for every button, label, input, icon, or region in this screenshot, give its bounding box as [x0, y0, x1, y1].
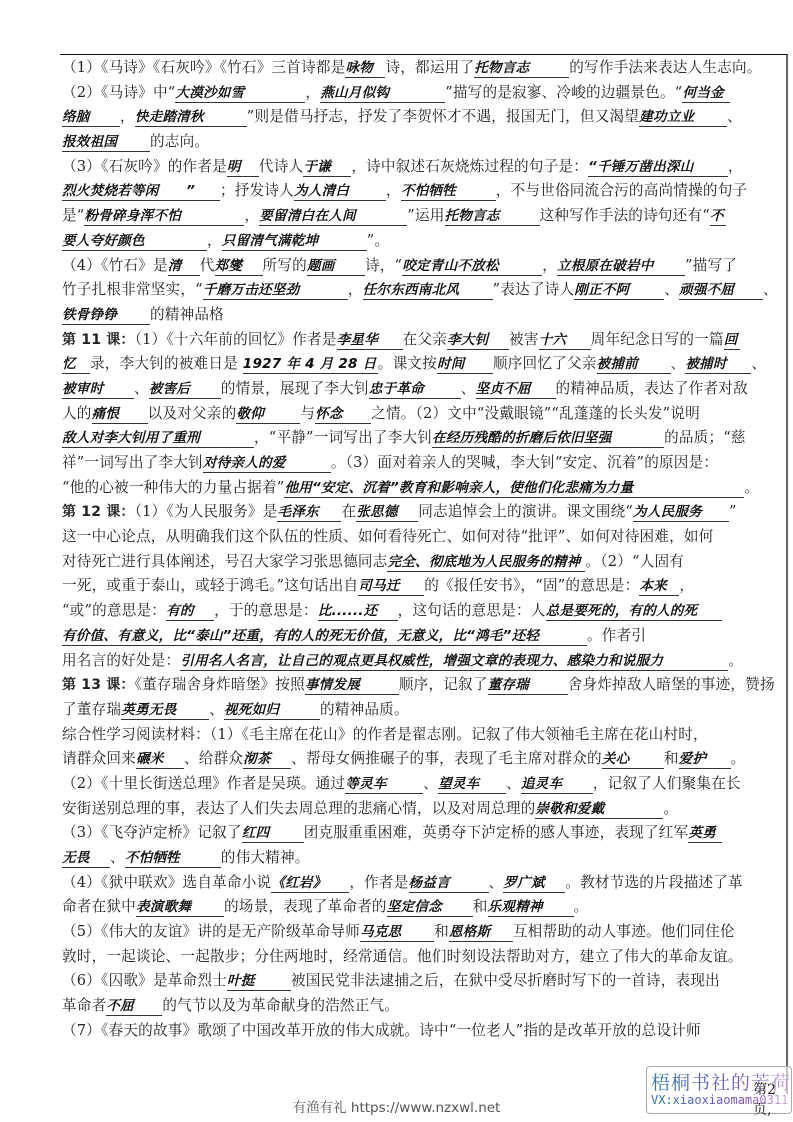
text-line: “或”的意思是：有的，于的意思是：比......还，这句话的意思是：人总是要死的… [62, 599, 782, 624]
page-number: 第2页, [753, 1079, 791, 1119]
answer-blank: 李星华 [337, 331, 403, 350]
answer-blank: 任尔东西南北风 [363, 281, 493, 300]
static-text: 的品质；“慈 [664, 429, 746, 446]
static-text: “他的心被一种伟大的力量占据着” [62, 479, 284, 496]
text-line: 烈火焚烧若等闲 ”；抒发诗人为人清白，不怕牺牲，不与世俗同流合污的高尚情操的句子 [62, 179, 782, 204]
answer-blank: 咬定青山不放松 [402, 257, 542, 276]
answer-blank: 爱护 [679, 750, 731, 769]
answer-blank: 怀念 [315, 405, 371, 424]
answer-blank: 有的 [166, 602, 214, 621]
text-line: （2）《马诗》中“大漠沙如雪，燕山月似钩”描写的是寂寥、冷峻的边疆景色。“何当金 [62, 81, 782, 106]
static-text: 安街送别总理的事，表达了人们失去周总理的悲痛心情，以及对周总理的 [62, 800, 535, 817]
answer-blank: 粉骨碎身浑不怕 [84, 207, 244, 226]
answer-blank: 视死如归 [224, 701, 320, 720]
static-text: （3）《石灰吟》的作者是 [62, 158, 227, 175]
static-text: 。 [731, 750, 746, 767]
static-text: 的情景，展现了李大钊 [221, 380, 369, 397]
answer-blank: 敌人对李大钊用了重刑 [62, 429, 254, 448]
answer-blank: 题画 [307, 257, 365, 276]
text-line: 用名言的好处是：引用名人名言，让自己的观点更具权威性，增强文章的表现力、感染力和… [62, 649, 782, 674]
static-text: 以及对父亲的 [148, 405, 237, 422]
static-text: ，不与世俗同流合污的高尚情操的句子 [496, 182, 748, 199]
static-text: 和 [664, 750, 679, 767]
answer-blank: “千锤万凿出深山 [588, 158, 728, 177]
answer-blank: 毛泽东 [277, 503, 341, 522]
static-text: 的气节以及为革命献身的浩然正气。 [162, 997, 399, 1014]
static-text: 所写的 [263, 257, 307, 274]
answer-blank: 崇敬和爱戴 [535, 800, 663, 819]
static-text: 、 [671, 355, 686, 372]
answer-blank: 回 [724, 331, 740, 350]
answer-blank: 立根原在破岩中 [557, 257, 685, 276]
static-text: ，诗中叙述石灰烧炼过程的句子是： [351, 158, 588, 175]
text-line: （1）《马诗》《石灰吟》《竹石》三首诗都是咏物诗，都运用了托物言志的写作手法来表… [62, 56, 782, 81]
static-text: ， [542, 257, 557, 274]
static-text: （4）《狱中联欢》选自革命小说 [62, 874, 271, 891]
static-text: 。 [728, 652, 743, 669]
text-line: 了董存瑞英勇无畏、视死如归的精神品质。 [62, 698, 782, 723]
answer-blank: 追灵车 [521, 775, 593, 794]
static-text: 和 [434, 923, 449, 940]
text-line: 第 12 课：（1）《为人民服务》是毛泽东在张思德同志追悼会上的演讲。课文围绕“… [62, 500, 782, 525]
answer-blank: 《红岩》 [271, 874, 349, 893]
lesson-heading: 第 12 课： [62, 504, 135, 520]
answer-blank: 被害后 [149, 380, 221, 399]
static-text: 的写作手法来表达人生志向。 [569, 59, 761, 76]
static-text: ”运用 [407, 207, 444, 224]
static-text: 。（2）“人固有 [585, 553, 684, 570]
answer-blank: 时间 [437, 355, 493, 374]
static-text: 代 [200, 257, 215, 274]
static-text: 是“ [62, 207, 84, 224]
answer-blank: 有价值、有意义，比“泰山”还重，有的人的死无价值，无意义，比“鸿毛”还轻 [62, 627, 587, 646]
static-text: ”。 [367, 232, 389, 249]
static-text: 顺序回忆了父亲 [493, 355, 597, 372]
text-line: 安街送别总理的事，表达了人们失去周总理的悲痛心情，以及对周总理的崇敬和爱戴。 [62, 797, 782, 822]
text-line: （4）《狱中联欢》选自革命小说《红岩》，作者是杨益言、罗广斌。教材节选的片段描述… [62, 871, 782, 896]
static-text: 祥”一词写出了李大钊 [62, 454, 203, 471]
static-text: ， [207, 232, 222, 249]
answer-blank: 1927 年 4 月 28 日 [243, 355, 378, 374]
static-text: ， [386, 182, 401, 199]
answer-blank: 只留清气满乾坤 [222, 232, 367, 251]
text-line: 这一中心论点，从明确我们这个队伍的性质、如何看待死亡、如何对待“批评”、如何对待… [62, 525, 782, 550]
static-text: 的精神品格 [150, 306, 224, 323]
static-text: 互相帮助的动人事迹。他们同住伦 [513, 923, 735, 940]
static-text: 在 [341, 503, 356, 520]
answer-blank: 忠于革命 [369, 380, 461, 399]
static-text: 对待死亡进行具体阐述，号召大家学习张思德同志 [62, 553, 387, 570]
static-text: 革命者 [62, 997, 106, 1014]
answer-blank: 罗广斌 [503, 874, 565, 893]
answer-blank: 坚贞不屈 [476, 380, 556, 399]
text-line: （3）《飞夺泸定桥》记叙了红四团克服重重困难，英勇夺下泸定桥的感人事迹，表现了红… [62, 821, 782, 846]
answer-blank: 不怕牺牲 [401, 182, 496, 201]
static-text: 竹子扎根非常坚实，“ [62, 281, 203, 298]
text-line: 第 11 课：（1）《十六年前的回忆》作者是李星华在父亲李大钊被害十六周年纪念日… [62, 328, 782, 353]
answer-blank: 何当金 [682, 84, 730, 103]
static-text: ；抒发诗人 [220, 182, 294, 199]
static-text: 、 [110, 849, 125, 866]
static-text: （2）《马诗》中“ [62, 84, 175, 101]
watermark-stamp: 梧桐书社的芳荷 VX:xiaoxiaomama0311 第2页, [646, 1066, 792, 1114]
static-text: ，这句话的意思是：人 [398, 602, 546, 619]
static-text: 在父亲 [403, 331, 447, 348]
answer-blank: 红四 [242, 824, 304, 843]
static-text: ，“平静”一词写出了李大钊 [254, 429, 432, 446]
static-text: ， [348, 281, 363, 298]
answer-blank: 为人清白 [294, 182, 386, 201]
answer-blank: 马克思 [360, 923, 434, 942]
static-text: 、 [489, 874, 504, 891]
answer-blank: 李大钊 [447, 331, 509, 350]
static-text: ，记叙了人们聚集在长 [593, 775, 741, 792]
answer-blank: 顽强不屈 [679, 281, 763, 300]
answer-blank: 无畏 [62, 849, 110, 868]
answer-blank: 比......还 [318, 602, 398, 621]
static-text: 顺序，记叙了 [399, 676, 488, 693]
answer-blank: 完全、彻底地为人民服务的精神 [387, 553, 585, 572]
static-text: （1）《为人民服务》是 [135, 503, 278, 520]
static-text: 团克服重重困难，英勇夺下泸定桥的感人事迹，表现了红军 [304, 824, 689, 841]
static-text: 、 [423, 775, 438, 792]
answer-blank: 张思德 [356, 503, 418, 522]
text-line: 无畏、不怕牺牲的伟大精神。 [62, 846, 782, 871]
static-text: ”描写了 [685, 257, 737, 274]
static-text: （7）《春天的故事》歌颂了中国改革开放的伟大成就。诗中“一位老人”指的是改革开放… [62, 1022, 701, 1039]
answer-blank: 叶挺 [227, 972, 291, 991]
answer-blank: 烈火焚烧若等闲 ” [62, 182, 220, 201]
static-text: （5）《伟大的友谊》讲的是无产阶级革命导师 [62, 923, 360, 940]
answer-blank: 不怕牺牲 [125, 849, 221, 868]
answer-blank: 托物言志 [474, 59, 569, 78]
answer-blank: 恩格斯 [449, 923, 513, 942]
text-line: （6）《囚歌》是革命烈士叶挺被国民党非法逮捕之后，在狱中受尽折磨时写下的一首诗，… [62, 969, 782, 994]
answer-blank: 要留清白在人间 [259, 207, 407, 226]
static-text: ， [244, 207, 259, 224]
document-body: （1）《马诗》《石灰吟》《竹石》三首诗都是咏物诗，都运用了托物言志的写作手法来表… [62, 56, 782, 1044]
static-text: 。 [744, 479, 759, 496]
static-text: 舍身炸掉敌人暗堡的事迹，赞扬 [568, 676, 775, 693]
static-text: 人的 [62, 405, 92, 422]
text-line: 有价值、有意义，比“泰山”还重，有的人的死无价值，无意义，比“鸿毛”还轻。作者引 [62, 624, 782, 649]
static-text: （1）《马诗》《石灰吟》《竹石》三首诗都是 [62, 59, 345, 76]
answer-blank: 表演歌舞 [136, 898, 224, 917]
answer-blank: 敬仰 [236, 405, 300, 424]
answer-blank: 乐观精神 [488, 898, 574, 917]
static-text: 诗，都运用了 [385, 59, 474, 76]
static-text: ” [729, 503, 737, 520]
text-line: 对待死亡进行具体阐述，号召大家学习张思德同志完全、彻底地为人民服务的精神。（2）… [62, 550, 782, 575]
static-text: ， [305, 84, 320, 101]
static-text: 的精神品质。 [320, 701, 409, 718]
static-text: 用名言的好处是： [62, 652, 180, 669]
answer-blank: 络脑 [62, 108, 120, 127]
answer-blank: 托物言志 [445, 207, 540, 226]
answer-blank: 被捕时 [685, 355, 751, 374]
answer-blank: 于谦 [303, 158, 351, 177]
static-text: ， [679, 577, 694, 594]
static-text: 与 [300, 405, 315, 422]
static-text: （4）《竹石》是 [62, 257, 168, 274]
answer-blank: 咏物 [345, 59, 385, 78]
text-line: 敦时，一起谈论、一起散步；分住两地时，经常通信。他们时刻设法帮助对方，建立了伟大… [62, 945, 782, 970]
static-text: ”则是借马抒志，抒发了李贺怀才不遇，报国无门，但又渴望 [247, 108, 639, 125]
static-text: 。教材节选的片段描述了革 [565, 874, 743, 891]
static-text: 、 [461, 380, 476, 397]
static-text: ”描写的是寂寥、冷峻的边疆景色。“ [445, 84, 682, 101]
static-text: 综合性学习阅读材料：（1）《毛主席在花山》的作者是翟志刚。记叙了伟大领袖毛主席在… [62, 726, 708, 743]
answer-blank: 建功立业 [639, 108, 727, 127]
text-line: 络脑，快走踏清秋”则是借马抒志，抒发了李贺怀才不遇，报国无门，但又渴望建功立业、 [62, 105, 782, 130]
answer-blank: 司马迁 [358, 577, 424, 596]
static-text: 《董存瑞舍身炸暗堡》按照 [135, 676, 305, 693]
static-text: 、 [209, 701, 224, 718]
static-text: 被国民党非法逮捕之后，在狱中受尽折磨时写下的一首诗，表现出 [291, 972, 720, 989]
answer-blank: 等灵车 [345, 775, 423, 794]
static-text: 、帮母女俩推碾子的事，表现了毛主席对群众的 [291, 750, 602, 767]
answer-blank: 英勇 [688, 824, 722, 843]
answer-blank: 铁骨铮铮 [62, 306, 150, 325]
static-text: （2）《十里长街送总理》作者是吴瑛。通过 [62, 775, 345, 792]
static-text: 之情。（2）文中“没戴眼镜”“乱蓬蓬的长头发”说明 [371, 405, 700, 422]
text-line: （4）《竹石》是清代郑燮所写的题画诗，“咬定青山不放松，立根原在破岩中”描写了 [62, 254, 782, 279]
text-line: （3）《石灰吟》的作者是明代诗人于谦，诗中叙述石灰烧炼过程的句子是：“千锤万凿出… [62, 155, 782, 180]
text-line: 请群众回来碾米、给群众沏茶、帮母女俩推碾子的事，表现了毛主席对群众的关心和爱护。 [62, 747, 782, 772]
text-line: （2）《十里长街送总理》作者是吴瑛。通过等灵车、望灵车、追灵车，记叙了人们聚集在… [62, 772, 782, 797]
static-text: 这一中心论点，从明确我们这个队伍的性质、如何看待死亡、如何对待“批评”、如何对待… [62, 528, 713, 545]
static-text: 。（3）面对着亲人的哭喊，李大钊“安定、沉着”的原因是： [331, 454, 718, 471]
answer-blank: 望灵车 [438, 775, 506, 794]
static-text: 这种写作手法的诗句还有“ [540, 207, 710, 224]
text-line: 革命者不屈的气节以及为革命献身的浩然正气。 [62, 994, 782, 1019]
static-text: 代诗人 [259, 158, 303, 175]
static-text: 。作者引 [587, 627, 646, 644]
static-text: 。课文按 [378, 355, 437, 372]
text-line: （7）《春天的故事》歌颂了中国改革开放的伟大成就。诗中“一位老人”指的是改革开放… [62, 1019, 782, 1044]
text-line: 综合性学习阅读材料：（1）《毛主席在花山》的作者是翟志刚。记叙了伟大领袖毛主席在… [62, 723, 782, 748]
static-text: 、 [727, 108, 742, 125]
static-text: 和 [473, 898, 488, 915]
text-line: 人的痛恨以及对父亲的敬仰与怀念之情。（2）文中“没戴眼镜”“乱蓬蓬的长头发”说明 [62, 402, 782, 427]
answer-blank: 事情发展 [305, 676, 399, 695]
static-text: 、 [763, 281, 778, 298]
static-text: 、 [664, 281, 679, 298]
answer-blank: 十六 [539, 331, 591, 350]
static-text: （1）《十六年前的回忆》作者是 [135, 331, 337, 348]
answer-blank: 要人夸好颜色 [62, 232, 207, 251]
static-text: 请群众回来 [62, 750, 136, 767]
answer-blank: 本来 [639, 577, 679, 596]
answer-blank: 总是要死的，有的人的死 [546, 602, 722, 621]
answer-blank: 刚正不阿 [574, 281, 664, 300]
answer-blank: 千磨万击还坚劲 [203, 281, 348, 300]
answer-blank: 清 [168, 257, 200, 276]
text-line: 报效祖国的志向。 [62, 130, 782, 155]
answer-blank: 在经历残酷的折磨后依旧坚强 [432, 429, 664, 448]
static-text: 敦时，一起谈论、一起散步；分住两地时，经常通信。他们时刻设法帮助对方，建立了伟大… [62, 948, 743, 965]
static-text: ，于的意思是： [214, 602, 318, 619]
static-text: （3）《飞夺泸定桥》记叙了 [62, 824, 242, 841]
static-text: ，作者是 [349, 874, 408, 891]
answer-blank: 不屈 [106, 997, 162, 1016]
text-line: 命者在狱中表演歌舞的场景，表现了革命者的坚定信念和乐观精神。 [62, 895, 782, 920]
static-text: ， [120, 108, 135, 125]
answer-blank: 快走踏清秋 [135, 108, 247, 127]
static-text: 、 [134, 380, 149, 397]
answer-blank: 为人民服务 [633, 503, 729, 522]
text-line: 铁骨铮铮的精神品格 [62, 303, 782, 328]
answer-blank: 关心 [602, 750, 664, 769]
text-line: 是“粉骨碎身浑不怕，要留清白在人间”运用托物言志这种写作手法的诗句还有“不 [62, 204, 782, 229]
static-text: 的《报任安书》，“固”的意思是： [424, 577, 639, 594]
text-line: 竹子扎根非常坚实，“千磨万击还坚劲，任尔东西南北风”表达了诗人刚正不阿、顽强不屈… [62, 278, 782, 303]
static-text: 的精神品质，表达了作者对敌 [556, 380, 748, 397]
static-text: ”表达了诗人 [493, 281, 575, 298]
answer-blank: 痛恨 [92, 405, 148, 424]
answer-blank: 忆 [62, 355, 90, 374]
text-line: 祥”一词写出了李大钊对待亲人的爱。（3）面对着亲人的哭喊，李大钊“安定、沉着”的… [62, 451, 782, 476]
text-line: （5）《伟大的友谊》讲的是无产阶级革命导师马克思和恩格斯互相帮助的动人事迹。他们… [62, 920, 782, 945]
answer-blank: 燕山月似钩 [320, 84, 445, 103]
static-text: 周年纪念日写的一篇 [591, 331, 724, 348]
answer-blank: 杨益言 [409, 874, 489, 893]
answer-blank: 大漠沙如雪 [175, 84, 305, 103]
answer-blank: 不 [710, 207, 726, 226]
answer-blank: 引用名人名言，让自己的观点更具权威性，增强文章的表现力、感染力和说服力 [180, 652, 728, 671]
static-text: 被害 [509, 331, 539, 348]
text-line: 忆录，李大钊的被难日是 1927 年 4 月 28 日。课文按时间顺序回忆了父亲… [62, 352, 782, 377]
static-text: 、 [751, 355, 766, 372]
text-line: 被审时、被害后的情景，展现了李大钊忠于革命、坚贞不屈的精神品质，表达了作者对敌 [62, 377, 782, 402]
answer-blank: 坚定信念 [387, 898, 473, 917]
answer-blank: 英勇无畏 [121, 701, 209, 720]
static-text: 录，李大钊的被难日是 [90, 355, 243, 372]
static-text: 了董存瑞 [62, 701, 121, 718]
static-text: 的志向。 [150, 133, 209, 150]
static-text: 同志追悼会上的演讲。课文围绕“ [418, 503, 633, 520]
answer-blank: 郑燮 [215, 257, 263, 276]
static-text: 。 [574, 898, 589, 915]
static-text: 。 [663, 800, 678, 817]
answer-blank: 碾米 [136, 750, 184, 769]
text-line: 一死，或重于泰山，或轻于鸿毛。”这句话出自司马迁的《报任安书》，“固”的意思是：… [62, 574, 782, 599]
answer-blank: 董存瑞 [488, 676, 568, 695]
answer-blank: 沏茶 [243, 750, 291, 769]
static-text: 的伟大精神。 [221, 849, 310, 866]
text-line: 敌人对李大钊用了重刑，“平静”一词写出了李大钊在经历残酷的折磨后依旧坚强的品质；… [62, 426, 782, 451]
text-line: 要人夸好颜色，只留清气满乾坤”。 [62, 229, 782, 254]
lesson-heading: 第 11 课： [62, 332, 135, 348]
text-line: 第 13 课：《董存瑞舍身炸暗堡》按照事情发展顺序，记叙了董存瑞舍身炸掉敌人暗堡… [62, 673, 782, 698]
answer-blank: 被捕前 [597, 355, 671, 374]
static-text: “或”的意思是： [62, 602, 166, 619]
static-text: （6）《囚歌》是革命烈士 [62, 972, 227, 989]
static-text: 的场景，表现了革命者的 [224, 898, 387, 915]
static-text: 命者在狱中 [62, 898, 136, 915]
answer-blank: 明 [227, 158, 259, 177]
lesson-heading: 第 13 课： [62, 677, 135, 693]
answer-blank: 报效祖国 [62, 133, 150, 152]
answer-blank: 他用“安定、沉着”教育和影响亲人，使他们化悲痛为力量 [284, 479, 744, 498]
answer-blank: 被审时 [62, 380, 134, 399]
static-text: 一死，或重于泰山，或轻于鸿毛。”这句话出自 [62, 577, 358, 594]
static-text: 、 [506, 775, 521, 792]
text-line: “他的心被一种伟大的力量占据着”他用“安定、沉着”教育和影响亲人，使他们化悲痛为… [62, 476, 782, 501]
answer-blank: 对待亲人的爱 [203, 454, 331, 473]
static-text: 、给群众 [184, 750, 243, 767]
static-text: ， [728, 158, 743, 175]
static-text: 诗，“ [365, 257, 402, 274]
